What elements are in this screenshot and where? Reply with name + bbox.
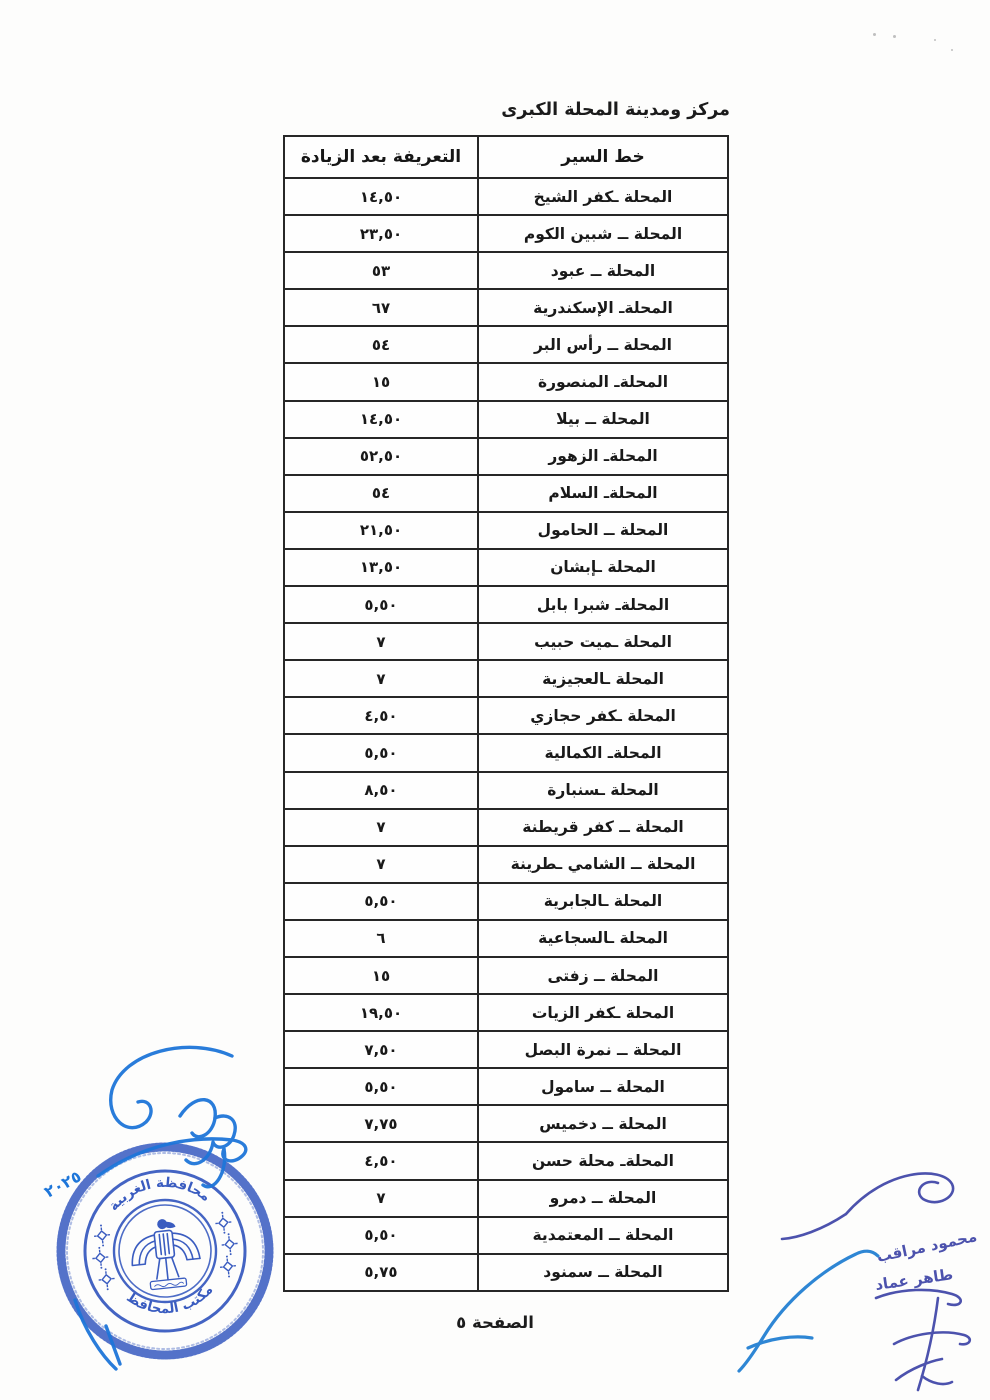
table-row: المحلة ــ زفتى١٥ bbox=[284, 957, 728, 994]
table-row: المحلةـ الكمالية٥,٥٠ bbox=[284, 734, 728, 771]
scanned-document-page: مركز ومدينة المحلة الكبرى خط السير التعر… bbox=[0, 0, 990, 1400]
table-row: المحلة ــ بيلا١٤,٥٠ bbox=[284, 401, 728, 438]
table-row: المحلة ــ سامول٥,٥٠ bbox=[284, 1068, 728, 1105]
route-cell: المحلةـ السلام bbox=[478, 475, 728, 512]
right-signature-strokes: محمود مراقب طاهر عماد bbox=[726, 1138, 990, 1400]
table-row: المحلة ـالسجاعية٦ bbox=[284, 920, 728, 957]
tariff-cell: ٦ bbox=[284, 920, 478, 957]
route-cell: المحلة ــ سمنود bbox=[478, 1254, 728, 1291]
tariff-cell: ٦٧ bbox=[284, 289, 478, 326]
table-row: المحلة ــ شبين الكوم٢٣,٥٠ bbox=[284, 215, 728, 252]
tariff-cell: ٥,٥٠ bbox=[284, 883, 478, 920]
tariff-cell: ٧ bbox=[284, 809, 478, 846]
tariff-cell: ٧ bbox=[284, 623, 478, 660]
page-title: مركز ومدينة المحلة الكبرى bbox=[501, 100, 730, 120]
route-cell: المحلة ــ المعتمدية bbox=[478, 1217, 728, 1254]
table-row: المحلةـ الزهور٥٢,٥٠ bbox=[284, 438, 728, 475]
route-cell: المحلةـ محلة حسن bbox=[478, 1142, 728, 1179]
route-cell: المحلة ــ كفر قريطنة bbox=[478, 809, 728, 846]
tariff-cell: ٥,٥٠ bbox=[284, 586, 478, 623]
tariff-table: خط السير التعريفة بعد الزيادة المحلة ـكف… bbox=[283, 135, 729, 1292]
tariff-cell: ٧ bbox=[284, 660, 478, 697]
table-row: المحلة ــ عبود٥٣ bbox=[284, 252, 728, 289]
table-row: المحلة ـكفر الشيخ١٤,٥٠ bbox=[284, 178, 728, 215]
route-cell: المحلة ــ سامول bbox=[478, 1068, 728, 1105]
table-row: المحلة ــ رأس البر٥٤ bbox=[284, 326, 728, 363]
tariff-cell: ٥٤ bbox=[284, 326, 478, 363]
table-row: المحلة ــ المعتمدية٥,٥٠ bbox=[284, 1217, 728, 1254]
table-row: المحلةـ المنصورة١٥ bbox=[284, 363, 728, 400]
tariff-cell: ١٤,٥٠ bbox=[284, 401, 478, 438]
table-row: المحلة ــ دمرو٧ bbox=[284, 1180, 728, 1217]
tariff-cell: ١٥ bbox=[284, 363, 478, 400]
route-cell: المحلة ـالسجاعية bbox=[478, 920, 728, 957]
route-cell: المحلة ــ عبود bbox=[478, 252, 728, 289]
table-row: المحلة ــ دخميس٧,٧٥ bbox=[284, 1105, 728, 1142]
ink-speck bbox=[873, 33, 876, 36]
route-cell: المحلة ــ نمرة البصل bbox=[478, 1031, 728, 1068]
table-row: المحلة ـكفر حجازي٤,٥٠ bbox=[284, 697, 728, 734]
route-cell: المحلةـ الزهور bbox=[478, 438, 728, 475]
route-cell: المحلةـ شبرا بابل bbox=[478, 586, 728, 623]
column-header-route: خط السير bbox=[478, 136, 728, 178]
table-row: المحلة ـسنبارة٨,٥٠ bbox=[284, 772, 728, 809]
ink-speck bbox=[934, 39, 936, 41]
table-row: المحلةـ الإسكندرية٦٧ bbox=[284, 289, 728, 326]
route-cell: المحلة ـميت حبيب bbox=[478, 623, 728, 660]
table-row: المحلة ـميت حبيب٧ bbox=[284, 623, 728, 660]
route-cell: المحلة ــ دمرو bbox=[478, 1180, 728, 1217]
route-cell: المحلة ـإبشان bbox=[478, 549, 728, 586]
table-row: المحلة ـالعجيزية٧ bbox=[284, 660, 728, 697]
table-header-row: خط السير التعريفة بعد الزيادة bbox=[284, 136, 728, 178]
tariff-cell: ١٩,٥٠ bbox=[284, 994, 478, 1031]
table-row: المحلة ــ نمرة البصل٧,٥٠ bbox=[284, 1031, 728, 1068]
tariff-cell: ٧ bbox=[284, 846, 478, 883]
table-row: المحلة ـإبشان١٣,٥٠ bbox=[284, 549, 728, 586]
table-row: المحلةـ محلة حسن٤,٥٠ bbox=[284, 1142, 728, 1179]
table-row: المحلة ــ كفر قريطنة٧ bbox=[284, 809, 728, 846]
tariff-cell: ٥٣ bbox=[284, 252, 478, 289]
table-row: المحلة ــ سمنود٥,٧٥ bbox=[284, 1254, 728, 1291]
tariff-cell: ١٥ bbox=[284, 957, 478, 994]
left-signature: ٢٠٢٥ bbox=[20, 1038, 320, 1388]
route-cell: المحلة ـكفر حجازي bbox=[478, 697, 728, 734]
signature-year: ٢٠٢٥ bbox=[41, 1166, 84, 1201]
route-cell: المحلة ــ شبين الكوم bbox=[478, 215, 728, 252]
route-cell: المحلة ــ الشامي ـطرينة bbox=[478, 846, 728, 883]
table-row: المحلة ـكفر الزيات١٩,٥٠ bbox=[284, 994, 728, 1031]
table-row: المحلةـ شبرا بابل٥,٥٠ bbox=[284, 586, 728, 623]
route-cell: المحلة ــ الحامول bbox=[478, 512, 728, 549]
route-cell: المحلة ـكفر الشيخ bbox=[478, 178, 728, 215]
route-cell: المحلة ـكفر الزيات bbox=[478, 994, 728, 1031]
route-cell: المحلةـ الإسكندرية bbox=[478, 289, 728, 326]
table-row: المحلة ــ الحامول٢١,٥٠ bbox=[284, 512, 728, 549]
ink-speck bbox=[893, 35, 896, 38]
table-row: المحلة ــ الشامي ـطرينة٧ bbox=[284, 846, 728, 883]
route-cell: المحلة ـالجابرية bbox=[478, 883, 728, 920]
route-cell: المحلة ــ بيلا bbox=[478, 401, 728, 438]
route-cell: المحلة ـالعجيزية bbox=[478, 660, 728, 697]
ink-speck bbox=[951, 49, 953, 51]
tariff-cell: ٢٣,٥٠ bbox=[284, 215, 478, 252]
tariff-cell: ١٤,٥٠ bbox=[284, 178, 478, 215]
route-cell: المحلة ـسنبارة bbox=[478, 772, 728, 809]
route-cell: المحلةـ الكمالية bbox=[478, 734, 728, 771]
route-cell: المحلة ــ رأس البر bbox=[478, 326, 728, 363]
column-header-tariff: التعريفة بعد الزيادة bbox=[284, 136, 478, 178]
tariff-cell: ٤,٥٠ bbox=[284, 697, 478, 734]
tariff-cell: ٨,٥٠ bbox=[284, 772, 478, 809]
left-signature-strokes: ٢٠٢٥ bbox=[20, 1038, 320, 1388]
tariff-cell: ٥٤ bbox=[284, 475, 478, 512]
signature-name-1: محمود مراقب bbox=[875, 1227, 978, 1266]
tariff-cell: ٥,٥٠ bbox=[284, 734, 478, 771]
table-row: المحلة ـالجابرية٥,٥٠ bbox=[284, 883, 728, 920]
route-cell: المحلة ــ زفتى bbox=[478, 957, 728, 994]
tariff-cell: ٢١,٥٠ bbox=[284, 512, 478, 549]
route-cell: المحلة ــ دخميس bbox=[478, 1105, 728, 1142]
route-cell: المحلةـ المنصورة bbox=[478, 363, 728, 400]
tariff-cell: ٥٢,٥٠ bbox=[284, 438, 478, 475]
tariff-cell: ١٣,٥٠ bbox=[284, 549, 478, 586]
table-row: المحلةـ السلام٥٤ bbox=[284, 475, 728, 512]
right-signature: محمود مراقب طاهر عماد bbox=[726, 1138, 990, 1400]
